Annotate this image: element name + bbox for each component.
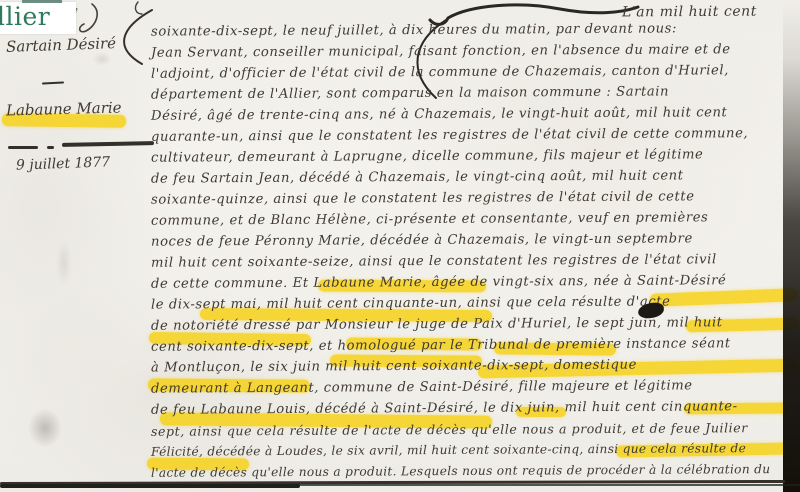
act-line: commune, et de Blanc Hélène, ci-présente… (151, 210, 708, 228)
act-line: l'adjoint, d'officier de l'état civil de… (151, 63, 729, 82)
paper-stain (28, 408, 62, 448)
scan-gutter-edge (783, 0, 800, 492)
act-line: soixante-dix-sept, le neuf juillet, à di… (151, 21, 677, 39)
margin-date: 9 juillet 1877 (16, 154, 111, 173)
paper-stain (56, 240, 72, 286)
green-text-sliver (22, 0, 62, 3)
act-line: cent soixante-dix-sept, et homologué par… (151, 336, 731, 355)
paper-stain (92, 52, 112, 66)
act-line: L'an mil huit cent (622, 4, 757, 21)
act-line: quarante-un, ainsi que le constatent les… (151, 126, 748, 145)
act-line: sept, ainsi que cela résulte de l'acte d… (151, 420, 748, 439)
department-overlay: llier (0, 2, 76, 34)
highlight-mark (650, 288, 798, 307)
act-line: département de l'Allier, sont comparus e… (151, 84, 669, 102)
page-bottom-edge (295, 484, 800, 486)
scanned-civil-record-page: Sartain Désiré Labaune Marie 9 juillet 1… (0, 0, 800, 492)
margin-separator (47, 146, 54, 149)
act-line: Jean Servant, conseiller municipal, fais… (151, 42, 731, 61)
act-line: l'acte de décès qu'elle nous a produit. … (151, 462, 770, 480)
act-line: soixante-quinze, ainsi que le constatent… (151, 189, 695, 207)
act-line: noces de feue Péronny Marie, décédée à C… (151, 231, 693, 249)
act-line: mil huit cent soixante-seize, ainsi que … (151, 252, 717, 270)
act-line: de cette commune. Et Labaune Marie, âgée… (151, 273, 726, 292)
margin-groom-name: Sartain Désiré (6, 34, 117, 56)
department-label: llier (0, 2, 50, 31)
margin-separator (8, 146, 38, 149)
act-line: demeurant à Langeant, commune de Saint-D… (151, 378, 693, 396)
act-line: le dix-sept mai, mil huit cent cinquante… (151, 294, 671, 312)
act-line: de feu Labaune Louis, décédé à Saint-Dés… (151, 399, 738, 418)
act-line: à Montluçon, le six juin mil huit cent s… (151, 358, 637, 376)
margin-dash (42, 81, 64, 84)
act-line: de notoriété dressé par Monsieur le juge… (151, 315, 723, 333)
margin-separator (62, 141, 154, 146)
act-line: de feu Sartain Jean, décédé à Chazemais,… (151, 168, 684, 186)
act-line: Désiré, âgé de trente-cinq ans, né à Cha… (151, 105, 727, 124)
margin-bride-name: Labaune Marie (6, 98, 122, 119)
act-line: cultivateur, demeurant à Laprugne, dicel… (151, 147, 703, 165)
page-bottom-edge (0, 484, 300, 488)
